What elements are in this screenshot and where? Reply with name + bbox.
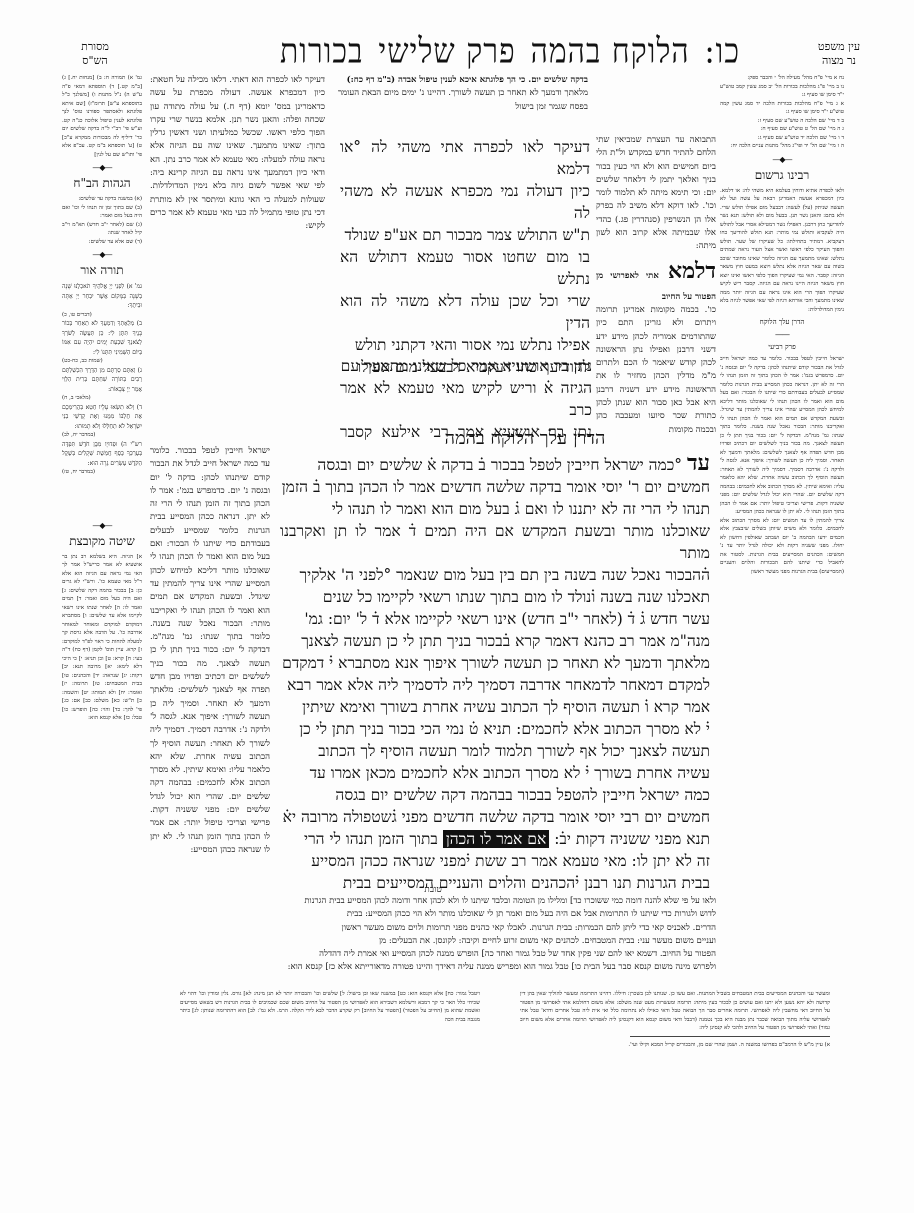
hadran-title: הדרן עלך הלוקח בהמה: [340, 428, 710, 449]
tosafot-bottom-line: ולאו על פי שלא להנה דומה כמי ששוכרו כד] …: [150, 895, 716, 908]
tosafot-bottom-line: הדרים. לאכניס קאי כדי ליתן להם הכמרות: ב…: [150, 922, 716, 935]
footnote-text: ויטבל גמור: כח] אלא וקנסא הוא: כט] במשנה…: [180, 990, 480, 1024]
torah-or-ref: (במדבר יח, טז): [62, 468, 142, 477]
ein-mishpat-entry: ה ז מיי' שם הל' יד ופי"ג מהל' מתנות עניי…: [720, 142, 844, 151]
tosafot-line: בדקה שלשים יום. כי הך פלוגתא איכא לענין …: [338, 74, 588, 87]
tosafot-column-top: דעיקר לאו לכפרה הוא דאתי. דלאו מכילה על …: [150, 74, 325, 354]
mishnah-first-word: עד: [687, 452, 710, 476]
daf-number: כו:: [705, 31, 740, 71]
tosafot-line: מלאתך ודמעך לא תאחר כן תעשה לשורך. דהיינ…: [338, 87, 588, 114]
ornament-divider: —◆—: [62, 250, 142, 259]
gemara-line: הגיזה א֗ וריש לקיש מאי טעמא לא אמר כרב: [340, 377, 592, 421]
label-line: עין משפט: [784, 40, 894, 54]
torah-or-ref: (מלאכי ב, ח): [62, 394, 142, 403]
ein-mishpat-entry: נח א מיי' פ"ח מהל' מעילה הל' י והכבר ספק…: [720, 74, 844, 83]
torah-or-ref: (במדבר יח, לב): [62, 431, 142, 440]
torah-or-title: תורה אור: [62, 263, 142, 278]
perek-number: פרק שלישי: [378, 31, 515, 71]
gemara-line: חמשים יום רבי יוסי אומר בדקה שלשה חדשים …: [280, 806, 710, 828]
tosafot-bottom-line: לדוש ולגורות כדי שיתנו לו התרומות אבל אם…: [150, 908, 716, 921]
torah-or-ref: (שמות כב, כח-כט): [62, 357, 142, 366]
tosafot-dibur: בדקה שלשים יום. כי הך פלוגתא איכא לענין …: [347, 75, 588, 85]
mishnah-text: °כמה ישראל חייבין לטפל בבכור ב֗ בדקה א֗ …: [317, 456, 682, 474]
gemara-line: שרי וכל שכן עולה דלא משהי לה הוא הדין: [340, 290, 590, 334]
rabbeinu-gershom-body: ולאו לכפרה אתיא ודוחין בעלמא היא משהי לה…: [720, 187, 844, 315]
mishnah-line: עד °כמה ישראל חייבין לטפל בבכור ב֗ בדקה …: [280, 452, 710, 476]
hagahot-entry: (ב) שם בתוך זמן זה תנהו לי וכו' ואם היה …: [62, 204, 142, 221]
tosafot-right-column: התבואה עד העצרת שמביאין שתי הלחם להתיר ח…: [596, 134, 716, 434]
gemara-line: למקדם דמאחר לדמאחר אדרבה דסמיך ליה לדסמי…: [280, 674, 710, 696]
footnote-note: א) עיין מ"ש לו הרמב"ם בפרושו במשנה ה. וש…: [510, 1041, 830, 1053]
label-line: נר מצוה: [784, 54, 894, 68]
ein-mishpat-entry: ב ד מיי' שם הלכה ה טוש"ע שם סעיף ז:: [720, 117, 844, 126]
tosafot-body: התבואה עד העצרת שמביאין שתי הלחם להתיר ח…: [596, 134, 716, 254]
left-margin-column: גמ' א) תמורה ח: ב) [מנחות יח.] ג) [ב"מ ק…: [62, 74, 142, 874]
tosafot-bottom-line: ולפרוש מינה משום קנסא סבר בעל הבית כו] ט…: [150, 961, 716, 974]
gemara-line: ת"ש התולש צמר מבכור תם אע"פ שנולד: [340, 224, 590, 246]
ornament-divider: ——: [720, 330, 844, 339]
page-title: כו: הלוקח בהמה פרק שלישי בכורות: [280, 31, 740, 71]
footnote-text: ומעשר עני והכהנים המסייעים בבית המטבחים …: [520, 990, 830, 1033]
gemara-text: תנא מפני ששניה דקות יב֗:: [554, 830, 710, 848]
page-header: מסורת הש"ס כו: הלוקח בהמה פרק שלישי בכור…: [0, 34, 914, 74]
rabbeinu-gershom-title: רבינו גרשום: [720, 168, 844, 183]
mishnah-line: שאוכלנו מותר ובשעת המקדש אם היה תמים ד֗ …: [280, 520, 710, 564]
ornament-divider: —◆—: [62, 163, 142, 172]
mishnah-line: חמשים יום ר' יוסי אומר בדקה שלשה חדשים א…: [280, 476, 710, 498]
ein-mishpat-entry: ג ה מיי' שם הל' ט טוש"ע שם סעיף ח:: [720, 125, 844, 134]
right-margin-column: נח א מיי' פ"ח מהל' מעילה הל' י והכבר ספק…: [720, 74, 844, 1074]
ein-mishpat-label: עין משפט נר מצוה: [784, 40, 894, 68]
gemara-line: תעשה לצאנך יכול אף לשורך תלמוד לומר תעשה…: [280, 740, 710, 762]
footnote-rule: [630, 1036, 830, 1037]
dilma-heading: דלמא אתי לאפרושי מן הפטור על החיוב: [596, 258, 716, 304]
ornament-divider: —◆—: [62, 521, 142, 530]
perek-revii-title: פרק רביעי: [720, 343, 844, 351]
ornament-divider: —◆—: [720, 155, 844, 164]
masoret-hashas-label: מסורת הש"ס: [40, 40, 150, 68]
gemara-line: אמר קרא ו֗ תעשה הוסיף לך הכתוב עשיה אחרת…: [280, 696, 710, 718]
perek-revii-body: ישראל חייבין לטפל בבכור. כלומר עד כמה יש…: [720, 355, 844, 517]
gemara-main: עד °כמה ישראל חייבין לטפל בבכור ב֗ בדקה …: [280, 452, 710, 892]
footnotes-left: ויטבל גמור: כח] אלא וקנסא הוא: כט] במשנה…: [180, 990, 480, 1050]
gemara-line: אפילו נתלש נמי אסור והאי דקתני תולש: [340, 334, 590, 356]
rashi-right-bottom: צריך להמתין לו עד חמשים יום: לא מסרך הכת…: [720, 517, 844, 577]
ein-mishpat-entry: ד ו מיי' שם הלכה יד טוש"ע שם סעיף ג:: [720, 134, 844, 143]
shita-title: שיטה מקובצת: [62, 534, 142, 549]
perek-name: הלוקח בהמה: [531, 31, 690, 71]
tosafot-bottom: טובת ולאו על פי שלא להנה דומה כמי ששוכרו…: [150, 884, 716, 974]
hagahot-entry: (ד) שם אלא עד שלשים:: [62, 238, 142, 247]
mishnah-line: תאכלנו שנה בשנה ו֗נולד לו מום בתוך שנתו …: [280, 586, 710, 608]
dilma-body: כו'. בכמה מקומות אמרינן תרומה ויתרום ולא…: [596, 304, 716, 434]
gemara-line: עשיה אחרת בשורך י֗ לא מסרך הכתוב אלא לחכ…: [280, 762, 710, 784]
torah-or-entry: ג) וְאַתֶּם סַרְתֶּם מִן הַדֶּרֶךְ הִכְש…: [62, 366, 142, 395]
ein-mishpat-entry: א ג מיי' פ"ח מהלכות בכורות הלכה יד סמג ע…: [720, 100, 844, 117]
hagahot-entry: (ג) שם (לאחר י"ב חדש) תא"מ וי"ב קיל לאחר…: [62, 221, 142, 238]
mishnah-line: תנהו לי הרי זה לא יתננו לו ואם ג֗ בעל מו…: [280, 498, 710, 520]
hagahot-bach-title: הגהות הב"ח: [62, 176, 142, 191]
rashi-commentary-top: דעיקר לאו לכפרה הוא דאתי. דלאו מכילה על …: [150, 74, 325, 234]
gemara-line: דעיקר לאו לכפרה אתי משהי לה °או דלמא: [340, 136, 590, 180]
torah-or-entry: רש"י ה) וּפְדוּיָו מִבֶּן חֹדֶשׁ תִּפְדֶ…: [62, 440, 142, 469]
gemara-line: בו מום שחטו אסור טעמא דתולש הא נתלש: [340, 246, 590, 290]
footnote-note-text: א) עיין מ"ש לו הרמב"ם בפרושו במשנה ה. וש…: [510, 1041, 830, 1050]
tosafot-left-text: ישראל חייבין לטפל בבכור. כלומר עד כמה יש…: [150, 445, 270, 857]
torah-or-entry: גמ' א) לִפְנֵי יְיָ אֱלֹהֶיךָ תֹאכְלֶנּו…: [62, 282, 142, 311]
catchword: טובת: [150, 884, 716, 895]
label-line: מסורת: [40, 40, 150, 54]
masoret-entries: גמ' א) תמורה ח: ב) [מנחות יח.] ג) [ב"מ ק…: [62, 74, 142, 159]
gemara-line: כמה ישראל חייבין להטפל בבכור בבהמה דקה ש…: [280, 784, 710, 806]
torah-or-entry: ד) וְלֹא תִשְׂאוּ עָלָיו חֵטְא בַּהֲרִימ…: [62, 403, 142, 432]
label-line: הש"ס: [40, 54, 150, 68]
hadran-block: הדרן עלך הלוקח בהמה: [340, 424, 710, 454]
talmud-page: מסורת הש"ס כו: הלוקח בהמה פרק שלישי בכור…: [0, 0, 914, 1213]
torah-or-entry: ב) מְלֵאָתְךָ וְדִמְעֲךָ לֹא תְאַחֵר בְּ…: [62, 319, 142, 357]
gemara-line: מלאתך ודמעך לא תאחר כן תעשה לשורך איפוך …: [280, 652, 710, 674]
dilma-word: דלמא: [668, 258, 716, 284]
gemara-line: כיון דעולה נמי מכפרא אעשה לא משהי לה: [340, 180, 590, 224]
mishnah-line: עשר חדש ג֗ ד֗ (לאחר י"ב חדש) אינו רשאי ל…: [280, 608, 710, 630]
gemara-line: נתן בר אושעיא אמר כל שאינו מתמעך עם: [340, 355, 592, 377]
masechet-name: בכורות: [280, 31, 364, 71]
spacer: [225, 72, 325, 82]
tosafot-left-lower: ישראל חייבין לטפל בבכור. כלומר עד כמה יש…: [150, 445, 270, 875]
tosafot-dibur: מלאתך ודמעך לא תאחר כן תעשה לשורך. דהיינ…: [338, 88, 588, 111]
tosafot-top-center: בדקה שלשים יום. כי הך פלוגתא איכא לענין …: [338, 74, 588, 134]
torah-or-ref: (דברים טו, כ): [62, 311, 142, 320]
highlighted-selection[interactable]: אם אמר לו הכהן: [443, 830, 549, 848]
shita-body: א] הגיזה. היא בשלמא רב נתן בר אושעיא לא …: [62, 553, 142, 723]
gemara-line: זה לא יתן לו: מאי טעמא אמר רב ששת י֗מפני…: [280, 850, 710, 872]
hadran-small: הדרן עלך הלוקח: [720, 318, 844, 326]
gemara-line: מנה"מ אמר רב כהנא דאמר קרא ב֗בכור בניך ת…: [280, 630, 710, 652]
tosafot-bottom-line: הפטור על החיוב. דשמא יאו להם שני פקין אח…: [150, 948, 716, 961]
gemara-line: תנא מפני ששניה דקות יב֗: אם אמר לו הכהן …: [280, 828, 710, 850]
gemara-top: דעיקר לאו לכפרה אתי משהי לה °או דלמא כיו…: [340, 136, 590, 376]
mishnah-gemara-main: עד °כמה ישראל חייבין לטפל בבכור ב֗ בדקה …: [280, 452, 710, 892]
gemara-line: י֗ לא מסרך הכתוב אלא לחכמים: תניא ט֗ נמי…: [280, 718, 710, 740]
hagahot-entry: (א) במשנה בדקה עד שלשים:: [62, 195, 142, 204]
mishnah-line: ה֗הבכור נאכל שנה בשנה בין תם בין בעל מום…: [280, 564, 710, 586]
gemara-text: בתוך הזמן תנהו לי הרי: [304, 830, 438, 848]
ein-mishpat-entry: נו ב מיי' פ"ג מהלכות בכורות הל' יב סמג ע…: [720, 83, 844, 100]
tosafot-bottom-line: ועניים משום מעשר עני: בבית המטבחים. לכהנ…: [150, 935, 716, 948]
